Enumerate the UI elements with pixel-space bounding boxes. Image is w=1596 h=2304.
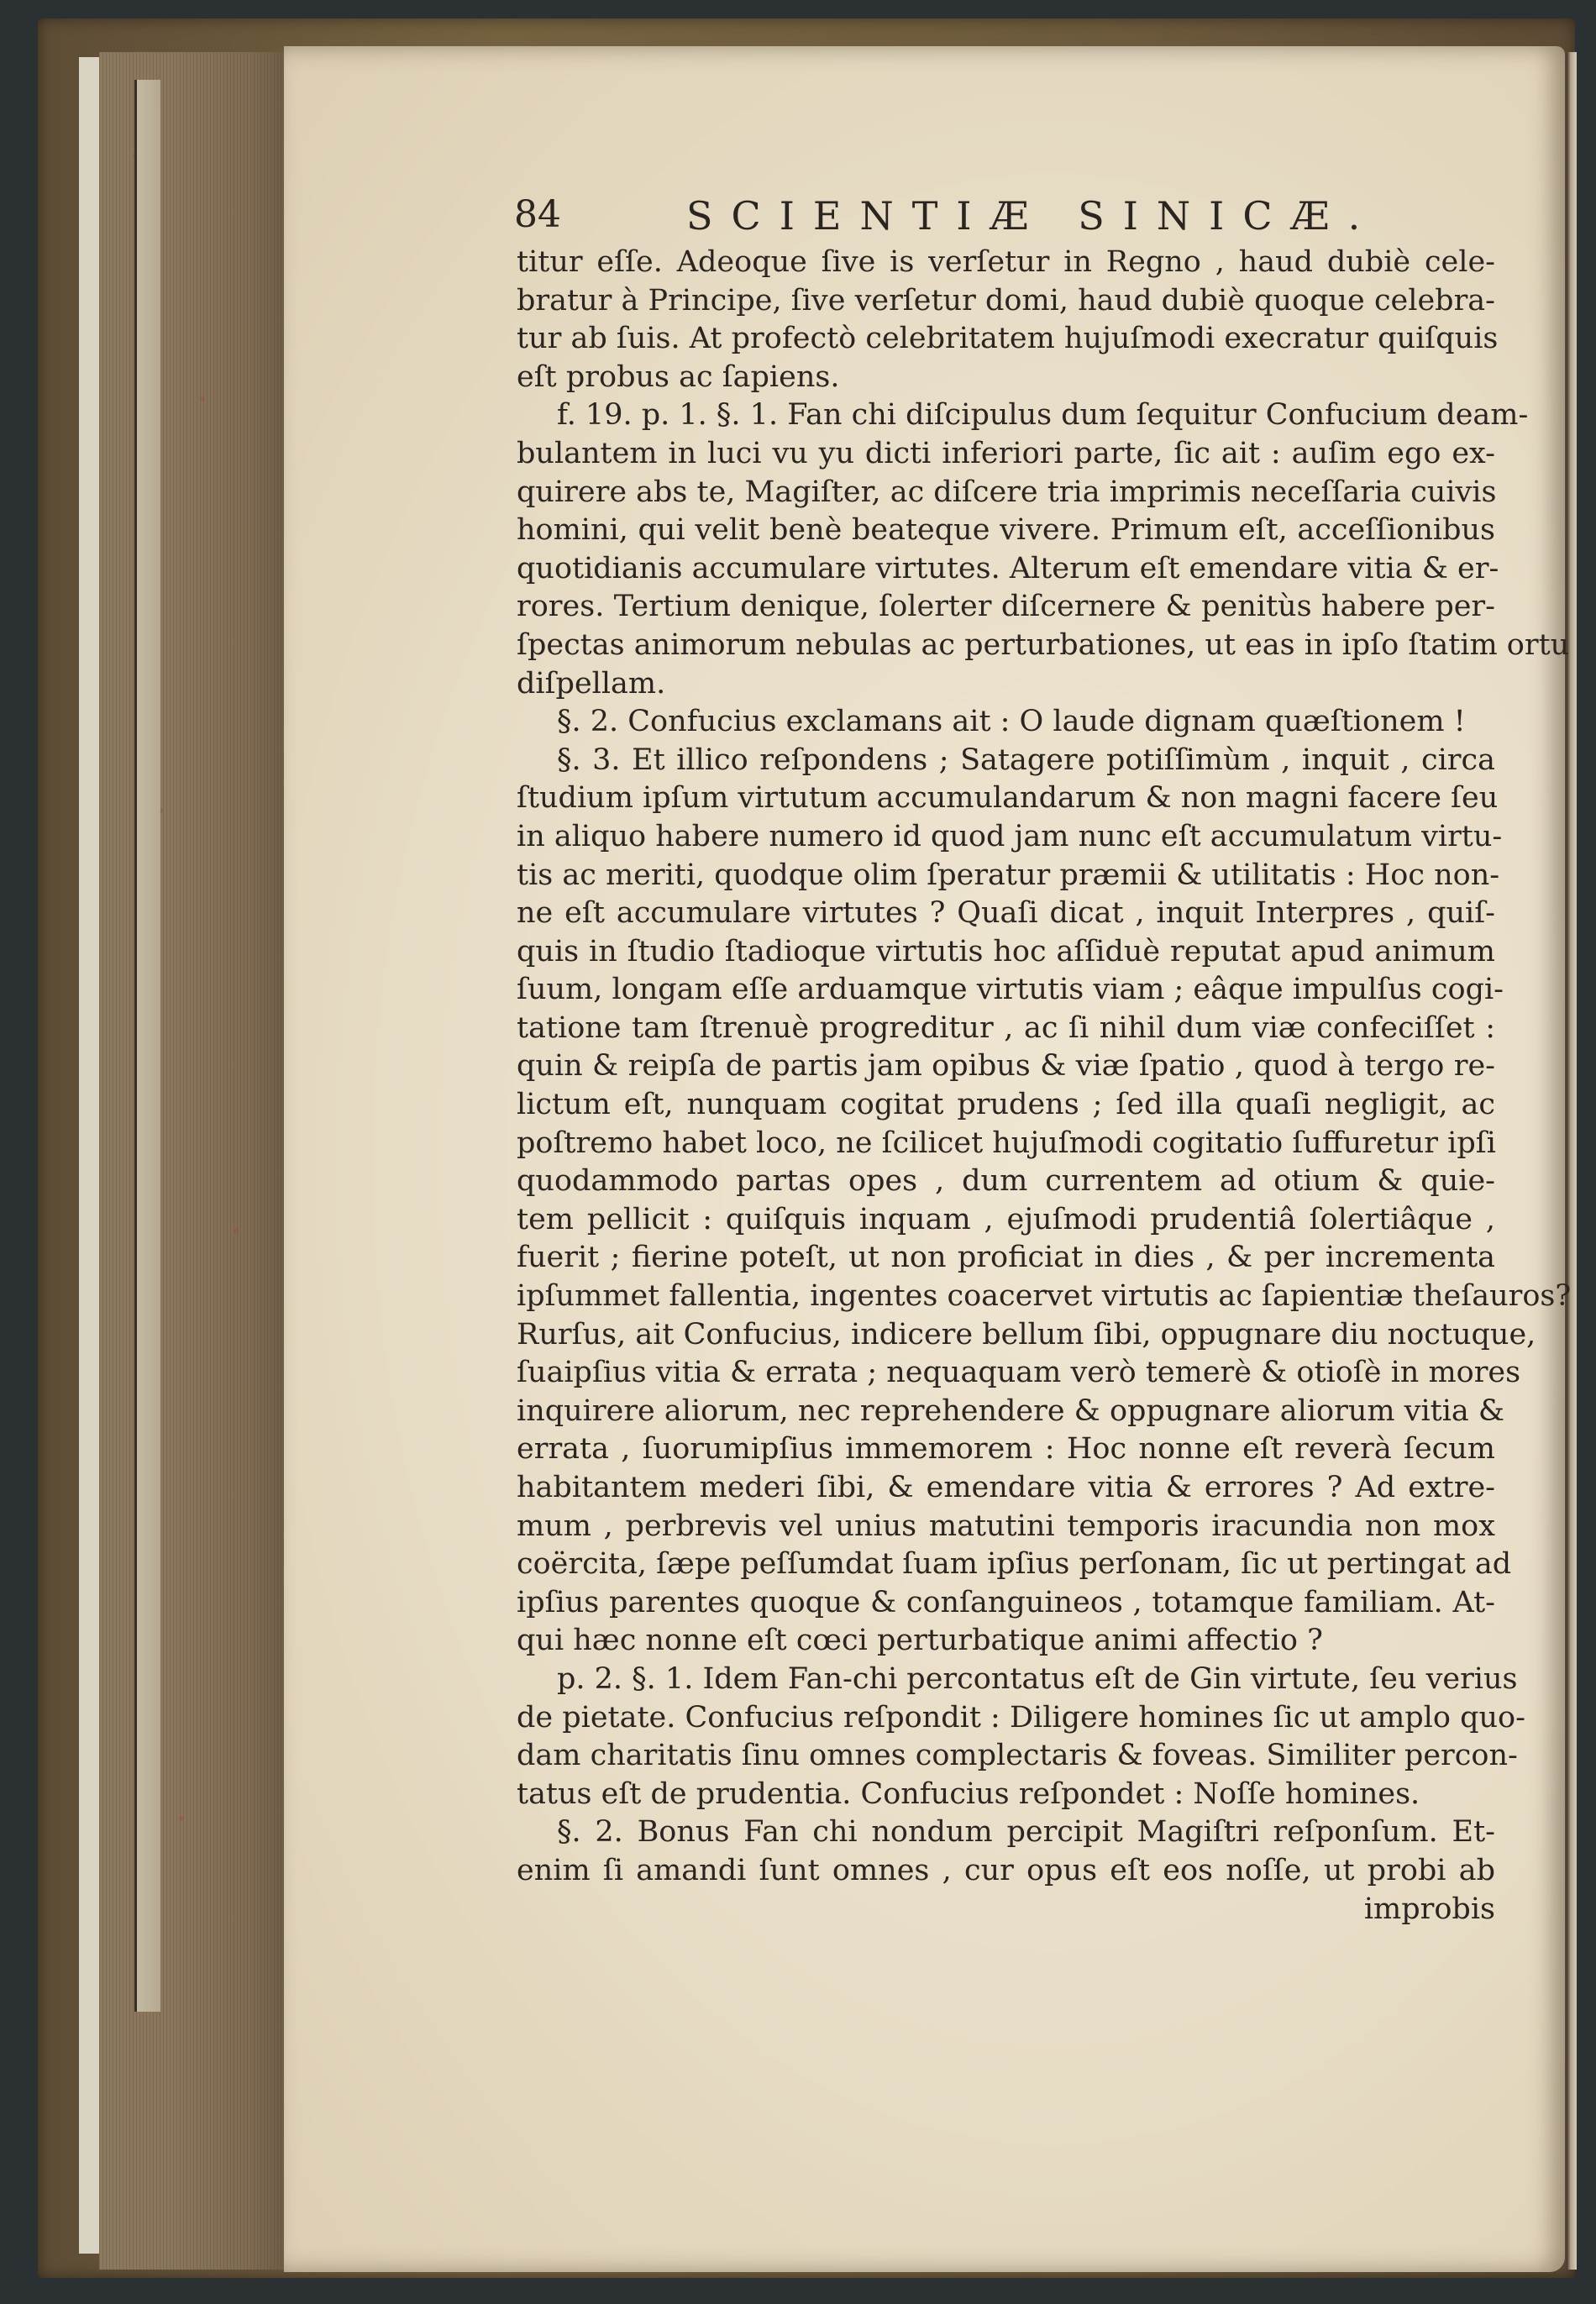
- text-line: in aliquo habere numero id quod jam nunc…: [517, 818, 1495, 857]
- text-line: tis ac meriti, quodque olim ſperatur præ…: [517, 857, 1495, 895]
- page-header: 84 SCIENTIÆ SINICÆ.: [514, 193, 1505, 244]
- text-line: poſtremo habet loco, ne ſcilicet hujuſmo…: [517, 1125, 1495, 1163]
- page-number: 84: [514, 193, 561, 236]
- text-line: bratur à Principe, ſive verſetur domi, h…: [517, 282, 1495, 321]
- text-line: tatus eſt de prudentia. Confucius reſpon…: [517, 1776, 1495, 1814]
- body-text: titur eſſe. Adeoque ſive is verſetur in …: [517, 244, 1495, 1929]
- text-line: quodammodo partas opes , dum currentem a…: [517, 1162, 1495, 1201]
- text-line: tur ab ſuis. At profectò celebritatem hu…: [517, 320, 1495, 359]
- foxing-spot: [179, 1816, 184, 1821]
- text-line: lictum eſt, nunquam cogitat prudens ; ſe…: [517, 1086, 1495, 1125]
- text-line: Rurſus, ait Confucius, indicere bellum ſ…: [517, 1316, 1495, 1355]
- text-line: f. 19. p. 1. §. 1. Fan chi diſcipulus du…: [517, 396, 1495, 435]
- text-line: ſuum, longam eſſe arduamque virtutis via…: [517, 971, 1495, 1010]
- text-line: quin & reipſa de partis jam opibus & viæ…: [517, 1047, 1495, 1086]
- text-line: ne eſt accumulare virtutes ? Quaſi dicat…: [517, 895, 1495, 933]
- text-line: fuerit ; fierine poteſt, ut non proficia…: [517, 1239, 1495, 1278]
- running-head: SCIENTIÆ SINICÆ.: [686, 193, 1378, 239]
- text-line: tatione tam ſtrenuè progreditur , ac ſi …: [517, 1010, 1495, 1048]
- text-line: rores. Tertium denique, ſolerter diſcern…: [517, 588, 1495, 627]
- text-line: quotidianis accumulare virtutes. Alterum…: [517, 550, 1495, 589]
- text-line: p. 2. §. 1. Idem Fan-chi percontatus eſt…: [517, 1661, 1495, 1699]
- text-line: de pietate. Confucius reſpondit : Dilige…: [517, 1699, 1495, 1738]
- text-line: ſpectas animorum nebulas ac perturbation…: [517, 627, 1495, 665]
- text-line: tem pellicit : quiſquis inquam , ejuſmod…: [517, 1201, 1495, 1240]
- page-edge-right: [1567, 52, 1577, 2270]
- catchword: improbis: [517, 1891, 1495, 1929]
- text-line: diſpellam.: [517, 665, 1495, 704]
- text-line: ſuaipſius vitia & errata ; nequaquam ver…: [517, 1354, 1495, 1393]
- text-line: homini, qui velit benè beateque vivere. …: [517, 512, 1495, 550]
- text-line: §. 3. Et illico reſpondens ; Satagere po…: [517, 742, 1495, 780]
- page-edges: [99, 52, 286, 2270]
- text-line: dam charitatis ſinu omnes complectaris &…: [517, 1737, 1495, 1776]
- page-tab-strip: [134, 80, 160, 2012]
- endpaper: [79, 57, 100, 2254]
- text-line: enim ſi amandi ſunt omnes , cur opus eſt…: [517, 1852, 1495, 1891]
- text-line: habitantem mederi ſibi, & emendare vitia…: [517, 1469, 1495, 1508]
- text-line: coërcita, ſæpe peſſumdat ſuam ipſius per…: [517, 1546, 1495, 1584]
- text-line: quirere abs te, Magiſter, ac diſcere tri…: [517, 474, 1495, 512]
- text-line: eſt probus ac ſapiens.: [517, 359, 1495, 397]
- text-line: inquirere aliorum, nec reprehendere & op…: [517, 1393, 1495, 1431]
- text-line: ipſius parentes quoque & conſanguineos ,…: [517, 1584, 1495, 1623]
- text-line: ipſummet fallentia, ingentes coacervet v…: [517, 1278, 1495, 1316]
- text-line: qui hæc nonne eſt cœci perturbatique ani…: [517, 1622, 1495, 1661]
- text-line: errata , ſuorumipſius immemorem : Hoc no…: [517, 1430, 1495, 1469]
- text-line: §. 2. Bonus Fan chi nondum percipit Magi…: [517, 1813, 1495, 1852]
- text-line: mum , perbrevis vel unius matutini tempo…: [517, 1508, 1495, 1546]
- text-line: §. 2. Confucius exclamans ait : O laude …: [517, 703, 1495, 742]
- text-line: bulantem in luci vu yu dicti inferiori p…: [517, 435, 1495, 474]
- text-line: titur eſſe. Adeoque ſive is verſetur in …: [517, 244, 1495, 282]
- foxing-spot: [200, 396, 205, 401]
- foxing-spot: [234, 1228, 239, 1233]
- text-line: quis in ſtudio ſtadioque virtutis hoc aſ…: [517, 933, 1495, 972]
- text-line: ſtudium ipſum virtutum accumulandarum & …: [517, 779, 1495, 818]
